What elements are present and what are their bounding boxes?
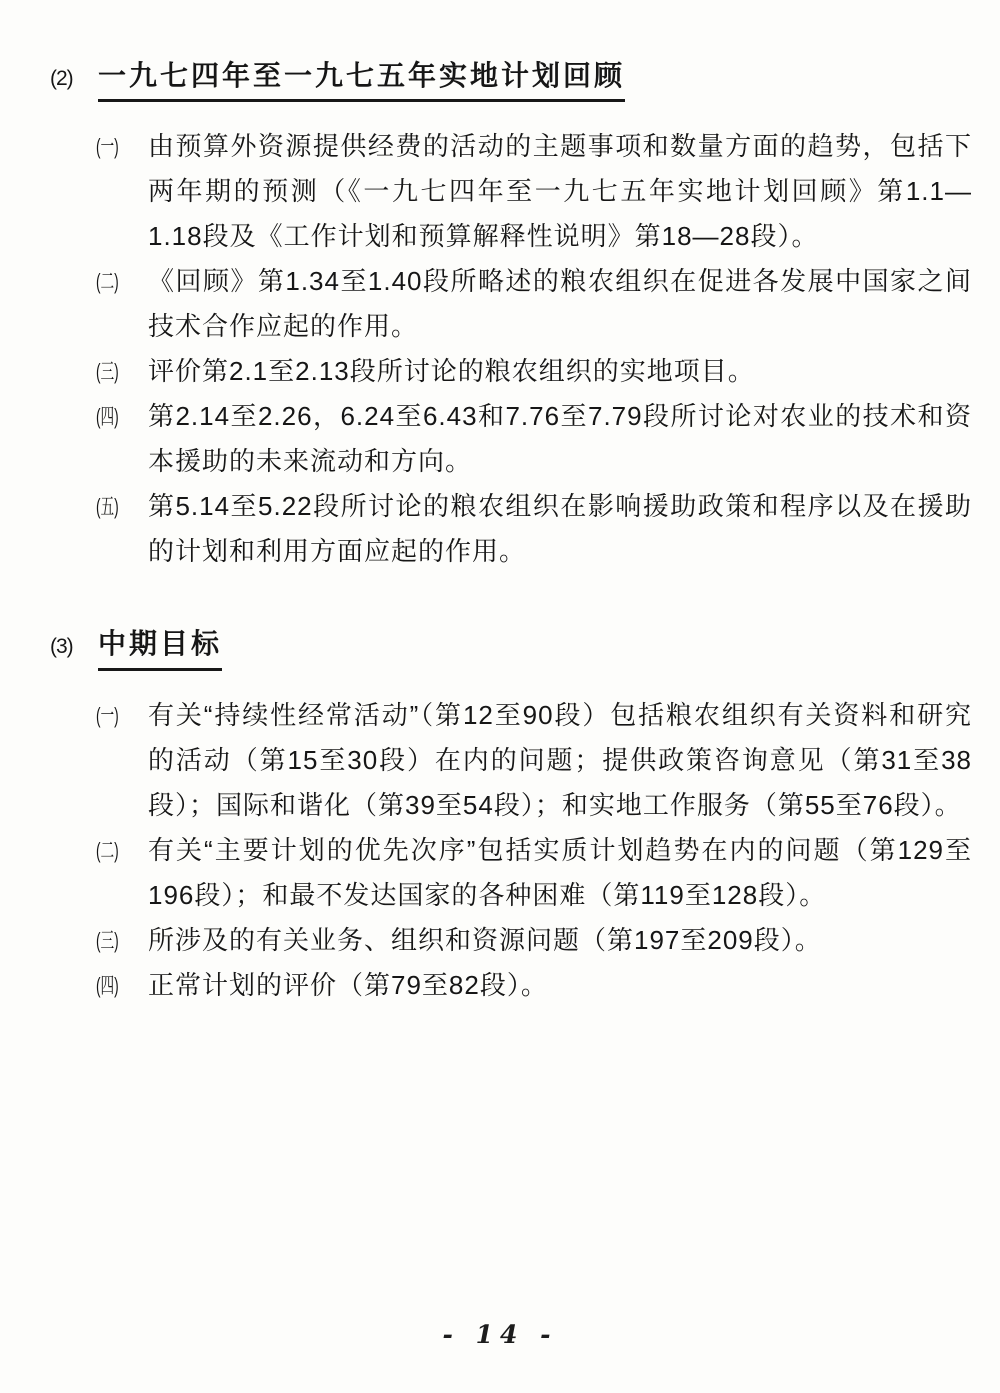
section-field-programme-review: (2) 一九七四年至一九七五年实地计划回顾 (一) 由预算外资源提供经费的活动的…	[50, 58, 972, 574]
page-content: (2) 一九七四年至一九七五年实地计划回顾 (一) 由预算外资源提供经费的活动的…	[0, 0, 1000, 1008]
section-medium-term-objectives: (3) 中期目标 (一) 有关“持续性经常活动”（第12至90段）包括粮农组织有…	[50, 626, 972, 1007]
section-items: (一) 由预算外资源提供经费的活动的主题事项和数量方面的趋势，包括下两年期的预测…	[96, 124, 972, 574]
list-item: (一) 由预算外资源提供经费的活动的主题事项和数量方面的趋势，包括下两年期的预测…	[96, 124, 972, 259]
item-marker: (五)	[96, 484, 128, 529]
item-marker: (三)	[96, 349, 128, 394]
list-item: (一) 有关“持续性经常活动”（第12至90段）包括粮农组织有关资料和研究的活动…	[96, 693, 972, 828]
list-item: (四) 正常计划的评价（第79至82段）。	[96, 963, 972, 1008]
item-marker: (一)	[96, 124, 128, 169]
section-title: 中期目标	[98, 626, 222, 670]
list-item: (四) 第2.14至2.26，6.24至6.43和7.76至7.79段所讨论对农…	[96, 394, 972, 484]
section-number: (2)	[50, 61, 98, 91]
item-text: 第2.14至2.26，6.24至6.43和7.76至7.79段所讨论对农业的技术…	[148, 394, 972, 484]
item-text: 第5.14至5.22段所讨论的粮农组织在影响援助政策和程序以及在援助的计划和利用…	[148, 484, 972, 574]
item-marker: (四)	[96, 963, 128, 1008]
item-marker: (二)	[96, 828, 128, 873]
list-item: (三) 评价第2.1至2.13段所讨论的粮农组织的实地项目。	[96, 349, 972, 394]
section-number: (3)	[50, 629, 98, 659]
list-item: (三) 所涉及的有关业务、组织和资源问题（第197至209段）。	[96, 918, 972, 963]
item-text: 评价第2.1至2.13段所讨论的粮农组织的实地项目。	[148, 349, 972, 394]
list-item: (二) 有关“主要计划的优先次序”包括实质计划趋势在内的问题（第129至196段…	[96, 828, 972, 918]
list-item: (二) 《回顾》第1.34至1.40段所略述的粮农组织在促进各发展中国家之间技术…	[96, 259, 972, 349]
section-title: 一九七四年至一九七五年实地计划回顾	[98, 58, 625, 102]
list-item: (五) 第5.14至5.22段所讨论的粮农组织在影响援助政策和程序以及在援助的计…	[96, 484, 972, 574]
item-text: 有关“持续性经常活动”（第12至90段）包括粮农组织有关资料和研究的活动（第15…	[148, 693, 972, 828]
item-text: 由预算外资源提供经费的活动的主题事项和数量方面的趋势，包括下两年期的预测（《一九…	[148, 124, 972, 259]
item-text: 正常计划的评价（第79至82段）。	[148, 963, 972, 1008]
item-marker: (一)	[96, 693, 128, 738]
item-marker: (四)	[96, 394, 128, 439]
item-marker: (二)	[96, 259, 128, 304]
section-items: (一) 有关“持续性经常活动”（第12至90段）包括粮农组织有关资料和研究的活动…	[96, 693, 972, 1008]
page-footer: - 14 -	[0, 1320, 1000, 1349]
document-page: (2) 一九七四年至一九七五年实地计划回顾 (一) 由预算外资源提供经费的活动的…	[0, 0, 1000, 1393]
section-heading: (3) 中期目标	[50, 626, 972, 670]
item-text: 有关“主要计划的优先次序”包括实质计划趋势在内的问题（第129至196段）；和最…	[148, 828, 972, 918]
item-text: 《回顾》第1.34至1.40段所略述的粮农组织在促进各发展中国家之间技术合作应起…	[148, 259, 972, 349]
item-marker: (三)	[96, 918, 128, 963]
item-text: 所涉及的有关业务、组织和资源问题（第197至209段）。	[148, 918, 972, 963]
page-number: - 14 -	[443, 1320, 558, 1349]
section-heading: (2) 一九七四年至一九七五年实地计划回顾	[50, 58, 972, 102]
